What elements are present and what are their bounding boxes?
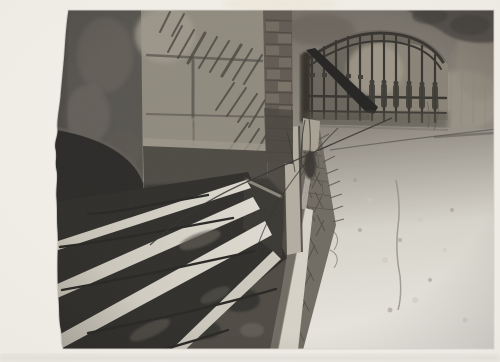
photo-canvas	[0, 0, 500, 362]
vignette	[55, 8, 496, 352]
photograph	[55, 7, 500, 356]
scanned-photograph-page	[0, 0, 500, 362]
scan-shadow	[0, 354, 500, 362]
